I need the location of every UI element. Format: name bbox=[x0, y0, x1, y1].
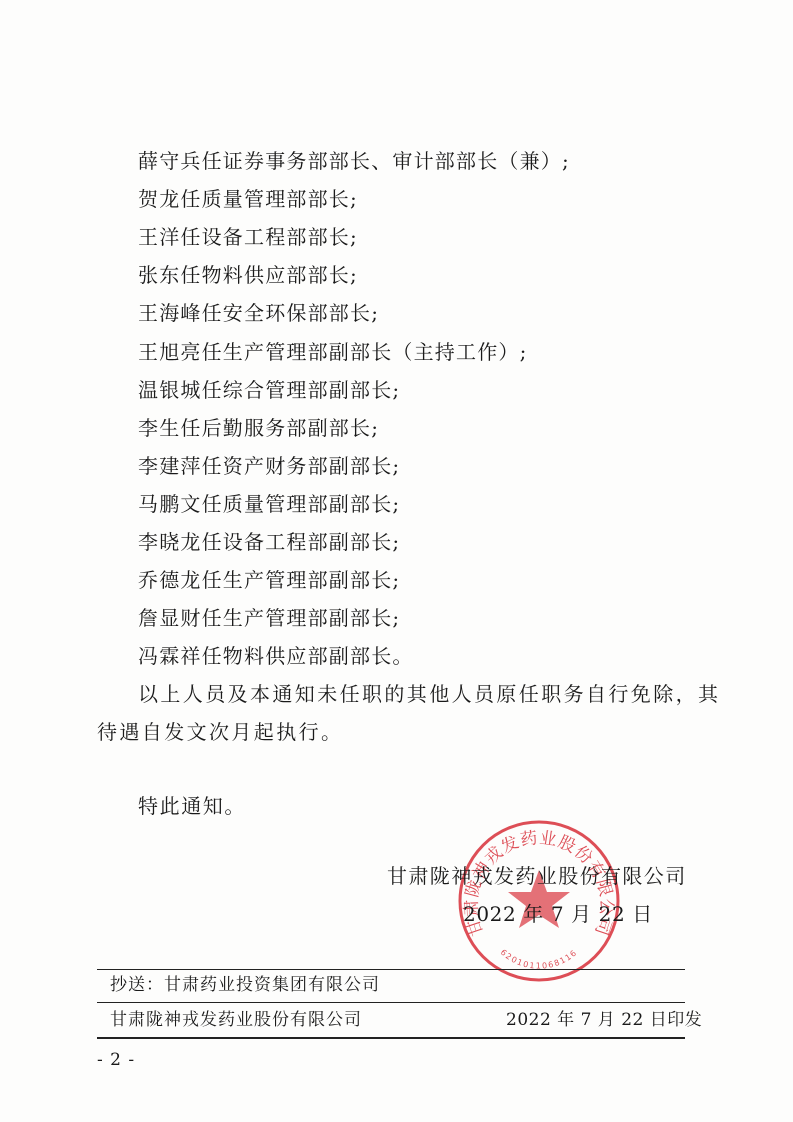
appointment-item: 王海峰任安全环保部部长; bbox=[138, 300, 379, 326]
appointment-item: 李晓龙任设备工程部副部长; bbox=[138, 529, 400, 555]
issuer: 甘肃陇神戎发药业股份有限公司 bbox=[110, 1009, 362, 1031]
footer-divider-top bbox=[97, 969, 685, 970]
appointment-item: 詹显财任生产管理部副部长; bbox=[138, 605, 400, 631]
appointment-item: 薛守兵任证券事务部部长、审计部部长（兼）; bbox=[138, 148, 570, 174]
appointment-item: 王洋任设备工程部部长; bbox=[138, 224, 358, 250]
footer-divider-bottom bbox=[97, 1037, 685, 1039]
appointment-item: 张东任物料供应部部长; bbox=[138, 262, 358, 288]
closing-paragraph-line2: 待遇自发文次月起执行。 bbox=[97, 719, 343, 745]
cc-line: 抄送：甘肃药业投资集团有限公司 bbox=[110, 974, 380, 996]
appointment-item: 乔德龙任生产管理部副部长; bbox=[138, 567, 400, 593]
appointment-item: 冯霖祥任物料供应部副部长。 bbox=[138, 643, 414, 669]
notice-closing: 特此通知。 bbox=[138, 793, 246, 819]
closing-paragraph-line1: 以上人员及本通知未任职的其他人员原任职务自行免除，其 bbox=[138, 681, 720, 707]
issue-date: 2022 年 7 月 22 日印发 bbox=[506, 1009, 702, 1031]
appointment-item: 马鹏文任质量管理部副部长; bbox=[138, 491, 400, 517]
footer-divider-middle bbox=[97, 1002, 685, 1003]
appointment-item: 李生任后勤服务部副部长; bbox=[138, 415, 379, 441]
appointment-item: 贺龙任质量管理部部长; bbox=[138, 186, 358, 212]
appointment-item: 王旭亮任生产管理部副部长（主持工作）; bbox=[138, 339, 528, 365]
signature-company: 甘肃陇神戎发药业股份有限公司 bbox=[387, 863, 687, 889]
cc-value: 甘肃药业投资集团有限公司 bbox=[164, 975, 380, 995]
svg-text:6201011068116: 6201011068116 bbox=[499, 948, 580, 971]
cc-label: 抄送： bbox=[110, 975, 164, 995]
appointment-item: 李建萍任资产财务部副部长; bbox=[138, 453, 400, 479]
signature-date: 2022 年 7 月 22 日 bbox=[463, 901, 653, 927]
page-number: - 2 - bbox=[97, 1049, 135, 1071]
appointment-item: 温银城任综合管理部副部长; bbox=[138, 377, 400, 403]
